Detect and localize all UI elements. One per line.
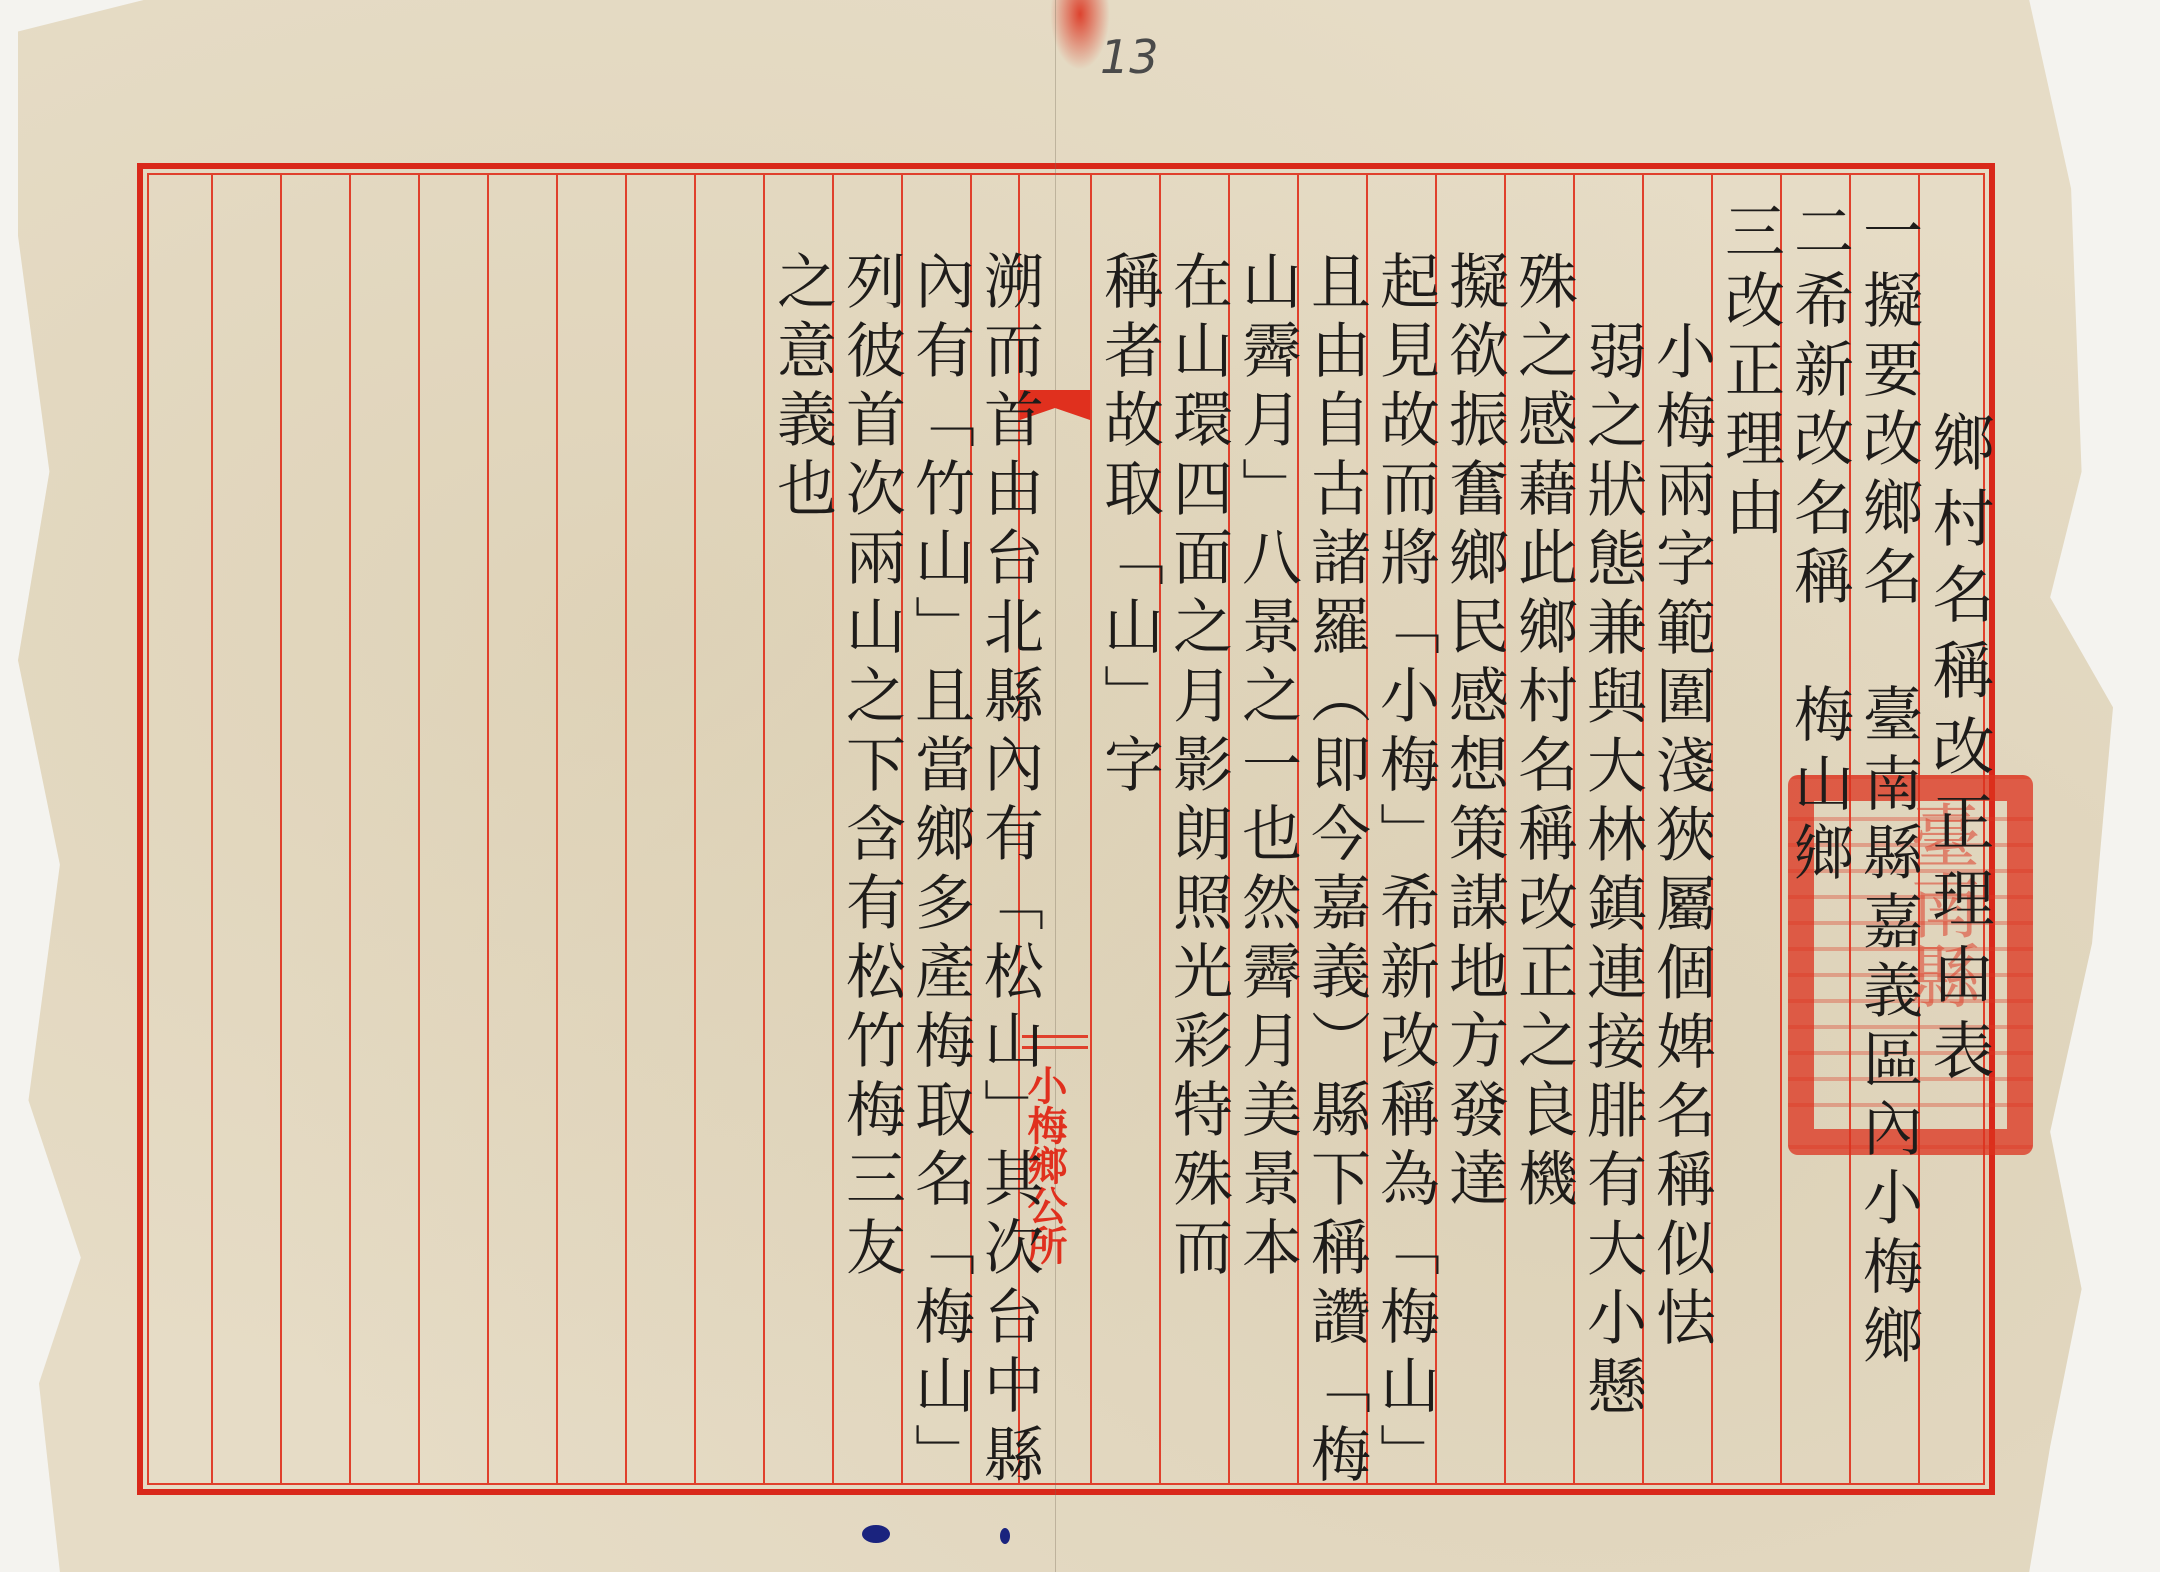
text-column-2: 二希新改名稱 梅山鄉 xyxy=(1786,200,1852,890)
text-column-9: 且由自古諸羅（即今嘉義）縣下稱讚「梅 xyxy=(1303,250,1369,1492)
ink-stain xyxy=(862,1525,890,1543)
text-column-5: 弱之狀態兼與大林鎮連接腓有大小懸 xyxy=(1579,320,1645,1424)
text-column-15: 列彼首次兩山之下含有松竹梅三友 xyxy=(838,250,904,1285)
text-column-1: 一擬要改鄉名 臺南縣嘉義區內小梅鄉 xyxy=(1855,200,1921,1373)
text-column-12: 稱者故取「山」字 xyxy=(1096,250,1162,802)
text-column-6: 殊之感藉此鄉村名稱改正之良機 xyxy=(1510,250,1576,1216)
ruling-line xyxy=(418,175,420,1483)
text-column-16: 之意義也 xyxy=(769,250,835,526)
ink-stain xyxy=(1000,1528,1010,1544)
text-column-13: 溯而首由台北縣內有「松山」其次台中縣 xyxy=(976,250,1042,1492)
ruling-line xyxy=(763,175,765,1483)
text-column-14: 內有「竹山」且當鄉多產梅取名「梅山」 xyxy=(907,250,973,1492)
ruling-line xyxy=(487,175,489,1483)
text-column-8: 起見故而將「小梅」希新改稱為「梅山」 xyxy=(1372,250,1438,1492)
ruling-line xyxy=(625,175,627,1483)
ruling-line xyxy=(349,175,351,1483)
ruling-line xyxy=(280,175,282,1483)
ruling-line xyxy=(211,175,213,1483)
center-fold xyxy=(1055,0,1056,1572)
text-column-11: 在山環四面之月影朗照光彩特殊而 xyxy=(1165,250,1231,1285)
ruling-line xyxy=(556,175,558,1483)
text-column-7: 擬欲振奮鄉民感想策謀地方發達 xyxy=(1441,250,1507,1216)
page-number: 13 xyxy=(1100,30,1159,84)
ruling-line xyxy=(1090,175,1092,1483)
text-column-3: 三改正理由 xyxy=(1717,200,1783,545)
document-title: 鄉村名稱改正理由表 xyxy=(1925,410,1991,1094)
text-column-4: 小梅兩字範圍淺狹屬個婢名稱似怯 xyxy=(1648,320,1714,1355)
ruling-line xyxy=(694,175,696,1483)
text-column-10: 山霽月」八景之一也然霽月美景本 xyxy=(1234,250,1300,1285)
